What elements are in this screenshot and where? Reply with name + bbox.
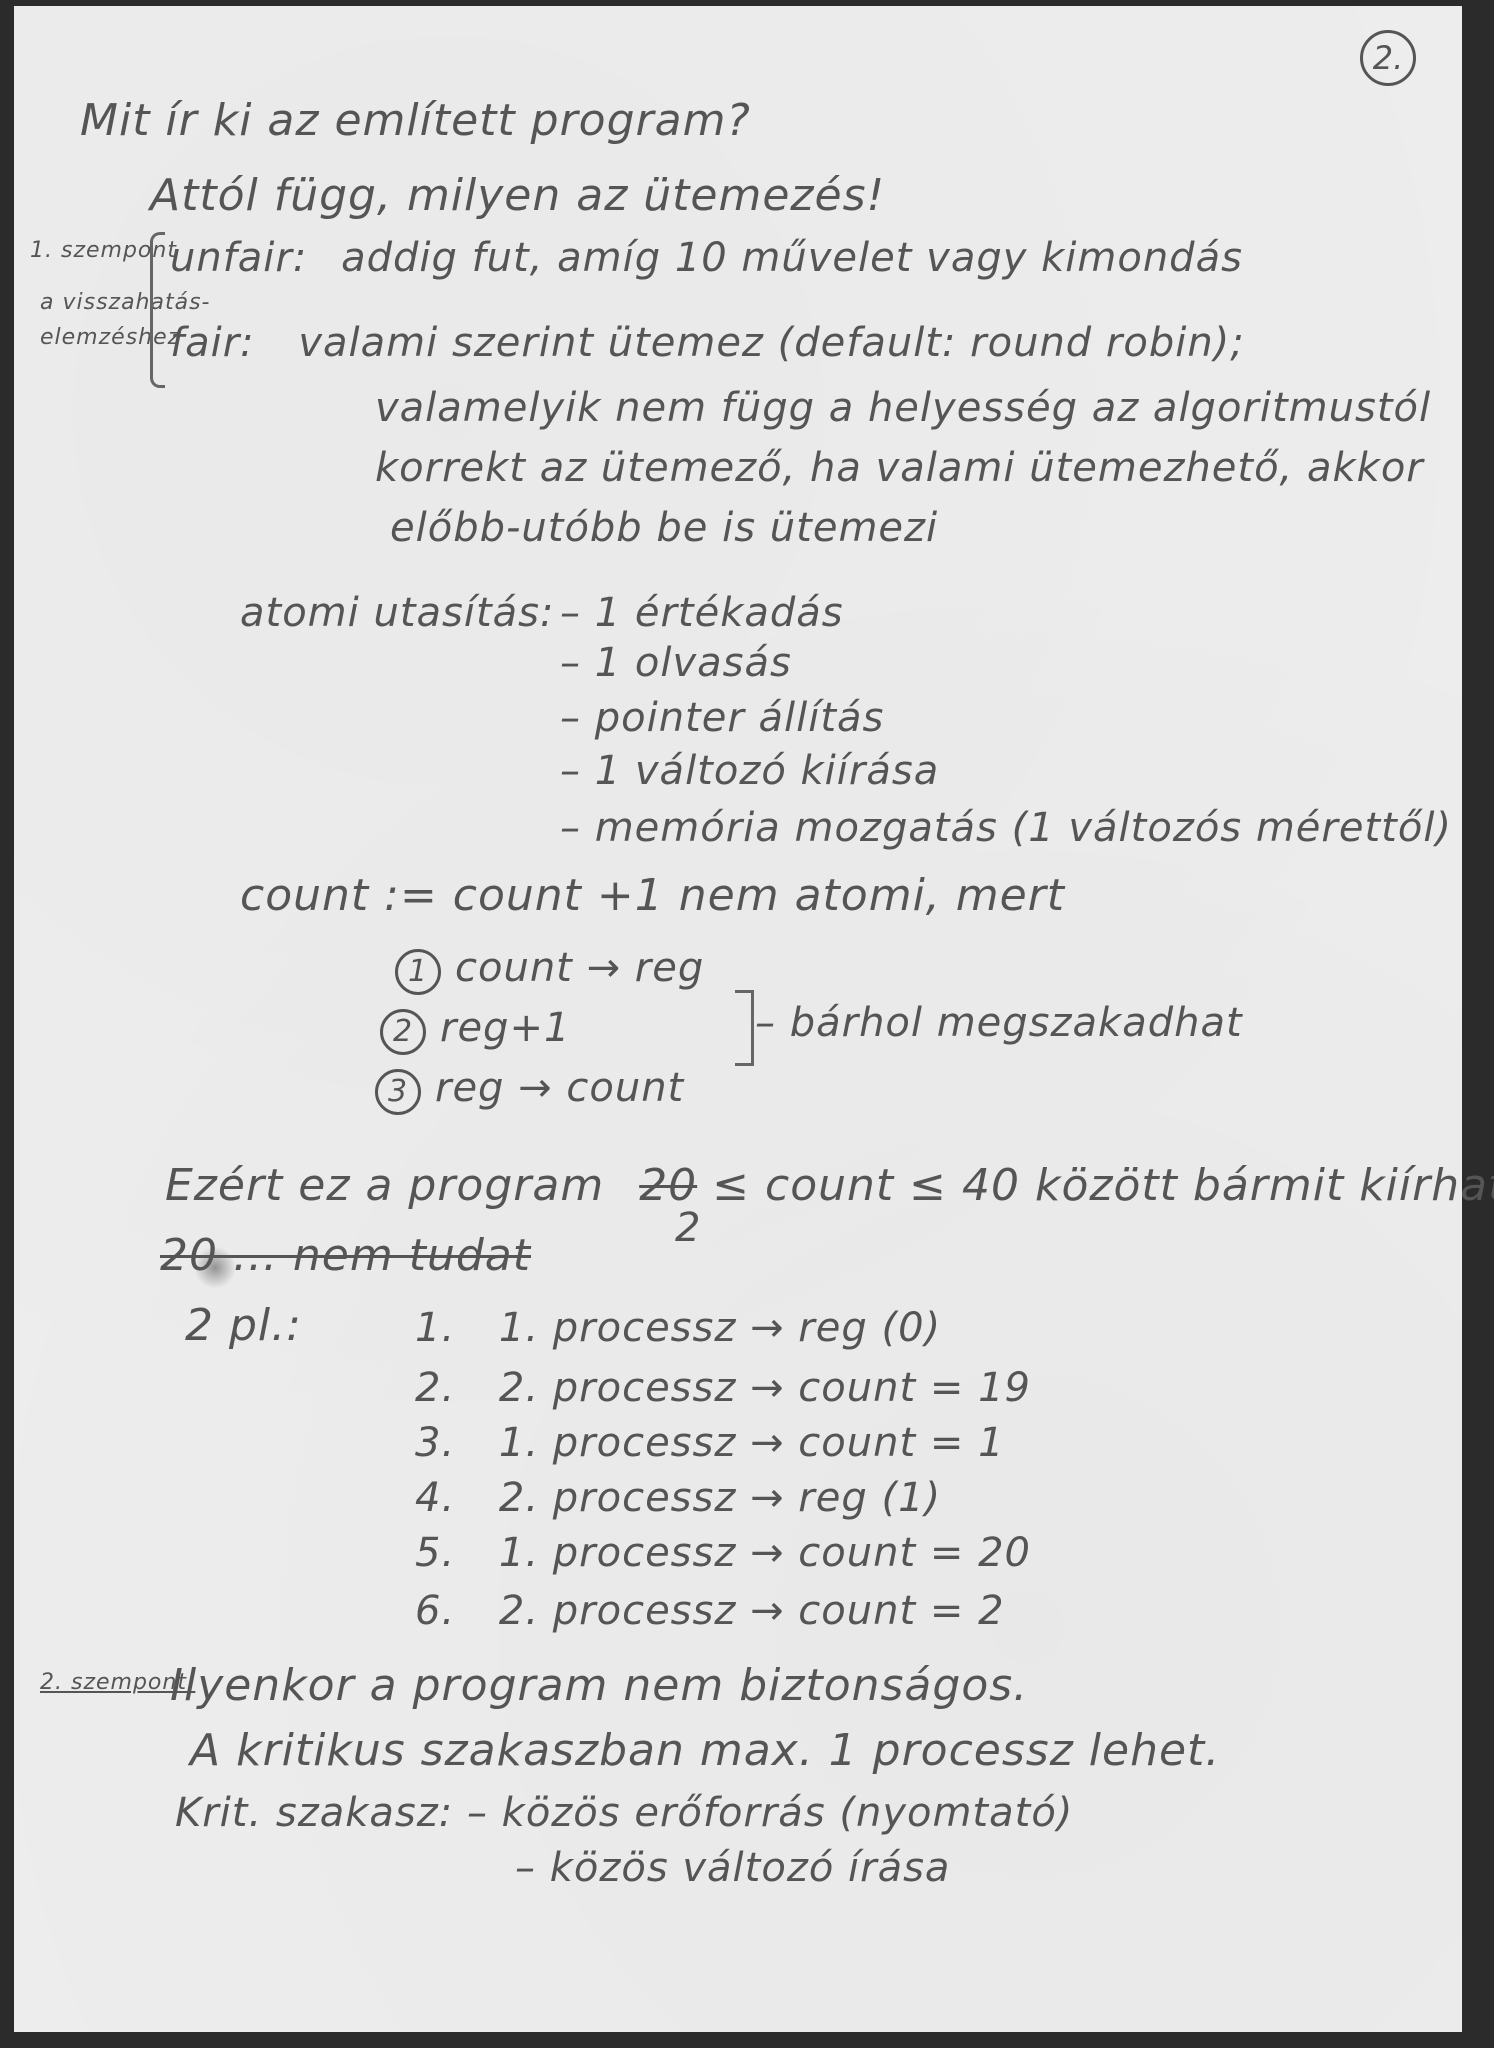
step-num: 1. [415,1305,455,1351]
footer-line1: Ilyenkor a program nem biztonságos. [170,1660,1028,1711]
step-text: 2. processz → count = 19 [499,1365,1031,1411]
atomic-item: – pointer állítás [560,695,884,741]
ink-smudge [195,1245,235,1290]
page-title: Mit ír ki az említett program? [80,95,751,146]
step-num: 6. [415,1588,455,1634]
crossed-value: 20 [639,1160,697,1211]
example-step: 3. 1. processz → count = 1 [415,1420,1005,1466]
fair-text-3: korrekt az ütemező, ha valami ütemezhető… [375,445,1424,491]
step-num: 5. [415,1530,455,1576]
count-step: 1count → reg [395,945,704,995]
count-step: 3reg → count [375,1065,684,1115]
example-step: 1. 1. processz → reg (0) [415,1305,941,1351]
count-step: 2reg+1 [380,1005,570,1055]
corrected-value: 2 [675,1205,701,1251]
count-statement: count := count +1 nem atomi, mert [240,870,1065,921]
step-num: 2. [415,1365,455,1411]
conclusion-text-before: Ezért ez a program [165,1160,604,1211]
unfair-text: addig fut, amíg 10 művelet vagy kimondás [341,235,1243,281]
step-text: 2. processz → reg (1) [499,1475,941,1521]
step-text: reg → count [435,1065,684,1111]
fair-line: fair: valami szerint ütemez (default: ro… [170,320,1245,366]
example-step: 4. 2. processz → reg (1) [415,1475,941,1521]
step-text: count → reg [455,945,704,991]
step-num: 4. [415,1475,455,1521]
side-note-line2: a visszahatás- [40,290,211,315]
example-label: 2 pl.: [185,1300,302,1351]
step-text: 1. processz → count = 20 [499,1530,1031,1576]
example-step: 2. 2. processz → count = 19 [415,1365,1031,1411]
fair-text-2: valamelyik nem függ a helyesség az algor… [375,385,1431,431]
example-step: 6. 2. processz → count = 2 [415,1588,1005,1634]
step-text: 1. processz → reg (0) [499,1305,941,1351]
page-subtitle: Attól függ, milyen az ütemezés! [150,170,885,221]
footer-line2: A kritikus szakaszban max. 1 processz le… [190,1725,1220,1776]
step-number-circle: 1 [395,949,441,995]
step-number-circle: 2 [380,1009,426,1055]
atomic-item: – memória mozgatás (1 változós mérettől) [560,805,1452,851]
example-step: 5. 1. processz → count = 20 [415,1530,1031,1576]
unfair-line: unfair: addig fut, amíg 10 művelet vagy … [170,235,1243,281]
atomic-item: – 1 olvasás [560,640,792,686]
unfair-label: unfair: [170,235,307,281]
page-number: 2. [1373,39,1404,77]
atomic-item: – 1 értékadás [560,590,844,636]
bracket-note: – bárhol megszakadhat [755,1000,1243,1046]
step-number-circle: 3 [375,1069,421,1115]
atomic-item: – 1 változó kiírása [560,748,939,794]
left-brace [150,232,165,388]
conclusion-text-after: ≤ count ≤ 40 között bármit kiírhat. [712,1160,1494,1211]
step-num: 3. [415,1420,455,1466]
fair-text-4: előbb-utóbb be is ütemezi [390,505,938,551]
step-text: reg+1 [440,1005,570,1051]
footer-line4: – közös változó írása [515,1845,950,1891]
fair-text-1: valami szerint ütemez (default: round ro… [298,320,1244,366]
atomic-label: atomi utasítás: [240,590,554,636]
step-text: 1. processz → count = 1 [499,1420,1005,1466]
fair-label: fair: [170,320,255,366]
footer-line3: Krit. szakasz: – közös erőforrás (nyomta… [175,1790,1073,1836]
page-number-badge: 2. [1360,30,1416,86]
conclusion-line: Ezért ez a program 20 ≤ count ≤ 40 közöt… [165,1160,1494,1211]
right-bracket [735,990,754,1066]
step-text: 2. processz → count = 2 [499,1588,1005,1634]
